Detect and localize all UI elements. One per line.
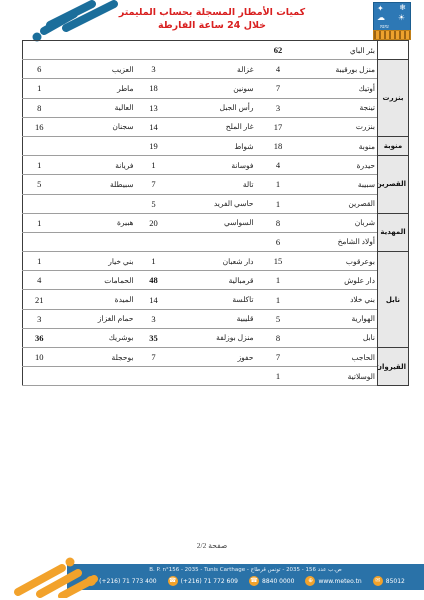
station-name-cell: نابل (301, 328, 378, 347)
sparkle-icon: ✦ (377, 5, 384, 13)
station-name-cell: بنزرت (301, 117, 378, 136)
rain-value-cell: 18 (256, 136, 301, 155)
station-name-cell: تالة (172, 175, 256, 194)
bottom-left-stripes-decoration (10, 552, 130, 598)
fax-icon: ☎ (168, 576, 178, 586)
rain-value-cell: 1 (136, 156, 172, 175)
rain-value-cell: 5 (23, 175, 56, 194)
rain-value-cell: 3 (23, 309, 56, 328)
table-row: أولاد الشامخ6 (23, 232, 409, 251)
table-row: نابل8منزل بوزلفة35بوشريك36 (23, 328, 409, 347)
region-cell: القصرين (378, 156, 409, 214)
station-name-cell: الهوارية (301, 309, 378, 328)
station-name-cell: حمام الغزاز (56, 309, 136, 328)
station-name-cell: بوشريك (56, 328, 136, 347)
rain-value-cell (23, 194, 56, 213)
station-name-cell: غزالة (172, 60, 256, 79)
station-name-cell: سبيطلة (56, 175, 136, 194)
station-name-cell: الميدة (56, 290, 136, 309)
station-name-cell: أوتيك (301, 79, 378, 98)
rain-value-cell: 3 (256, 98, 301, 117)
rain-value-cell (136, 367, 172, 386)
station-name-cell: بئر الباي (301, 41, 378, 60)
station-name-cell: ماطر (56, 79, 136, 98)
station-name-cell: سونين (172, 79, 256, 98)
rain-value-cell: 18 (136, 79, 172, 98)
contact-item: ☎(+216) 71 772 609 (168, 576, 238, 586)
rain-value-cell: 6 (23, 60, 56, 79)
station-name-cell: الحاجب (301, 348, 378, 367)
table-row: المهديةشربان8السواسي20هبيرة1 (23, 213, 409, 232)
station-name-cell (56, 367, 136, 386)
station-name-cell: دار شعبان (172, 252, 256, 271)
rain-value-cell (23, 232, 56, 251)
table-row: بئر الباي62 (23, 41, 409, 60)
logo-orange-strip (373, 30, 411, 40)
rain-value-cell: 8 (256, 213, 301, 232)
station-name-cell (172, 232, 256, 251)
table-row: منوبةمنوبة18شواط19 (23, 136, 409, 155)
station-name-cell: حاسي الفريد (172, 194, 256, 213)
station-name-cell: بني خلاد (301, 290, 378, 309)
station-name-cell: الحمامات (56, 271, 136, 290)
table-row: سبيبة1تالة7سبيطلة5 (23, 175, 409, 194)
inm-weather-logo: ✦ ❄ ☀ ☁ ≈≈ (373, 2, 411, 40)
region-cell: المهدية (378, 213, 409, 251)
rain-value-cell (136, 232, 172, 251)
station-name-cell (172, 367, 256, 386)
station-name-cell: بوعرقوب (301, 252, 378, 271)
table-row: القصرينحيدرة4فوسانة1فريانة1 (23, 156, 409, 175)
station-name-cell (56, 232, 136, 251)
snowflake-icon: ❄ (399, 4, 406, 12)
contact-text: (+216) 71 772 609 (181, 578, 238, 585)
rain-value-cell: 17 (256, 117, 301, 136)
rainfall-table: بئر الباي62بنزرتمنزل بورقيبة4غزالة3العزي… (22, 40, 409, 386)
rain-value-cell: 1 (256, 175, 301, 194)
table-row: نابلبوعرقوب15دار شعبان1بني خيار1 (23, 252, 409, 271)
rain-value-cell: 3 (136, 309, 172, 328)
rain-value-cell: 4 (256, 156, 301, 175)
station-name-cell: الوسلاتية (301, 367, 378, 386)
rain-value-cell: 10 (23, 348, 56, 367)
region-cell (378, 41, 409, 60)
rain-value-cell: 7 (256, 348, 301, 367)
page-number: صفحة 2/2 (0, 541, 424, 550)
rain-value-cell (136, 41, 172, 60)
contact-text: 85012 (386, 578, 405, 585)
phone-icon: ☎ (249, 576, 259, 586)
station-name-cell: بني خيار (56, 252, 136, 271)
report-title-line1: كميات الأمطار المسجلة بحساب المليمتر (0, 6, 424, 19)
stripe-dot (66, 558, 75, 567)
website-icon: ⊕ (305, 576, 315, 586)
station-name-cell: السواسي (172, 213, 256, 232)
station-name-cell: منوبة (301, 136, 378, 155)
rain-value-cell (23, 136, 56, 155)
rain-value-cell: 7 (136, 348, 172, 367)
rain-value-cell (23, 41, 56, 60)
station-name-cell: رأس الجبل (172, 98, 256, 117)
rain-value-cell: 3 (136, 60, 172, 79)
table-row: بنزرتمنزل بورقيبة4غزالة3العزيب6 (23, 60, 409, 79)
region-cell: منوبة (378, 136, 409, 155)
table-row: تينجة3رأس الجبل13العالية8 (23, 98, 409, 117)
contact-item: ✉85012 (373, 576, 405, 586)
contact-text: www.meteo.tn (318, 578, 361, 585)
station-name-cell: حفوز (172, 348, 256, 367)
rain-value-cell: 8 (256, 328, 301, 347)
rain-value-cell: 8 (23, 98, 56, 117)
table-row: الهوارية5قليبية3حمام الغزاز3 (23, 309, 409, 328)
rain-value-cell (23, 367, 56, 386)
rain-value-cell: 48 (136, 271, 172, 290)
rain-value-cell: 14 (136, 117, 172, 136)
table-row: القيروانالحاجب7حفوز7بوحجلة10 (23, 348, 409, 367)
contact-item: ⊕www.meteo.tn (305, 576, 361, 586)
station-name-cell: هبيرة (56, 213, 136, 232)
rain-value-cell: 1 (256, 367, 301, 386)
rain-value-cell: 7 (136, 175, 172, 194)
station-name-cell: تاكلسة (172, 290, 256, 309)
rain-value-cell: 1 (136, 252, 172, 271)
rain-value-cell: 6 (256, 232, 301, 251)
rain-value-cell: 5 (136, 194, 172, 213)
region-cell: نابل (378, 252, 409, 348)
rain-value-cell: 1 (23, 213, 56, 232)
rain-value-cell: 14 (136, 290, 172, 309)
station-name-cell: فريانة (56, 156, 136, 175)
rain-value-cell: 4 (256, 60, 301, 79)
sms-icon: ✉ (373, 576, 383, 586)
rain-value-cell: 16 (23, 117, 56, 136)
station-name-cell: منزل بورقيبة (301, 60, 378, 79)
station-name-cell: تينجة (301, 98, 378, 117)
rain-value-cell: 1 (23, 79, 56, 98)
station-name-cell (56, 136, 136, 155)
station-name-cell: فوسانة (172, 156, 256, 175)
rain-value-cell: 1 (23, 156, 56, 175)
region-cell: بنزرت (378, 60, 409, 137)
contact-item: ☎8840 0000 (249, 576, 294, 586)
station-name-cell: منزل بوزلفة (172, 328, 256, 347)
rain-value-cell: 19 (136, 136, 172, 155)
station-name-cell: شواط (172, 136, 256, 155)
logo-sky-panel: ✦ ❄ ☀ ☁ ≈≈ (373, 2, 411, 32)
rain-value-cell: 1 (23, 252, 56, 271)
rain-value-cell: 1 (256, 290, 301, 309)
table-row: بنزرت17غار الملح14سجنان16 (23, 117, 409, 136)
rain-value-cell: 21 (23, 290, 56, 309)
table-row: دار علوش1قرمبالية48الحمامات4 (23, 271, 409, 290)
station-name-cell (56, 194, 136, 213)
station-name-cell: قرمبالية (172, 271, 256, 290)
cloud-icon: ☁ (377, 14, 385, 22)
station-name-cell: دار علوش (301, 271, 378, 290)
sun-icon: ☀ (398, 14, 405, 22)
station-name-cell (172, 41, 256, 60)
station-name-cell: بوحجلة (56, 348, 136, 367)
table-row: الوسلاتية1 (23, 367, 409, 386)
station-name-cell: غار الملح (172, 117, 256, 136)
station-name-cell: سبيبة (301, 175, 378, 194)
station-name-cell: حيدرة (301, 156, 378, 175)
station-name-cell: قليبية (172, 309, 256, 328)
station-name-cell: أولاد الشامخ (301, 232, 378, 251)
station-name-cell (56, 41, 136, 60)
rain-value-cell: 5 (256, 309, 301, 328)
station-name-cell: العزيب (56, 60, 136, 79)
rain-value-cell: 35 (136, 328, 172, 347)
rain-value-cell: 1 (256, 271, 301, 290)
document-page: كميات الأمطار المسجلة بحساب المليمتر خلا… (0, 0, 424, 600)
rain-value-cell: 4 (23, 271, 56, 290)
rain-value-cell: 62 (256, 41, 301, 60)
rain-value-cell: 20 (136, 213, 172, 232)
table-row: أوتيك7سونين18ماطر1 (23, 79, 409, 98)
rain-value-cell: 15 (256, 252, 301, 271)
contact-text: 8840 0000 (262, 578, 294, 585)
station-name-cell: شربان (301, 213, 378, 232)
table-row: القصرين1حاسي الفريد5 (23, 194, 409, 213)
report-title: كميات الأمطار المسجلة بحساب المليمتر خلا… (0, 6, 424, 32)
region-cell: القيروان (378, 348, 409, 386)
rain-value-cell: 7 (256, 79, 301, 98)
station-name-cell: العالية (56, 98, 136, 117)
station-name-cell: سجنان (56, 117, 136, 136)
rain-value-cell: 13 (136, 98, 172, 117)
rain-value-cell: 1 (256, 194, 301, 213)
report-title-line2: خلال 24 ساعة الفارطة (0, 19, 424, 32)
rain-value-cell: 36 (23, 328, 56, 347)
station-name-cell: القصرين (301, 194, 378, 213)
table-row: بني خلاد1تاكلسة14الميدة21 (23, 290, 409, 309)
